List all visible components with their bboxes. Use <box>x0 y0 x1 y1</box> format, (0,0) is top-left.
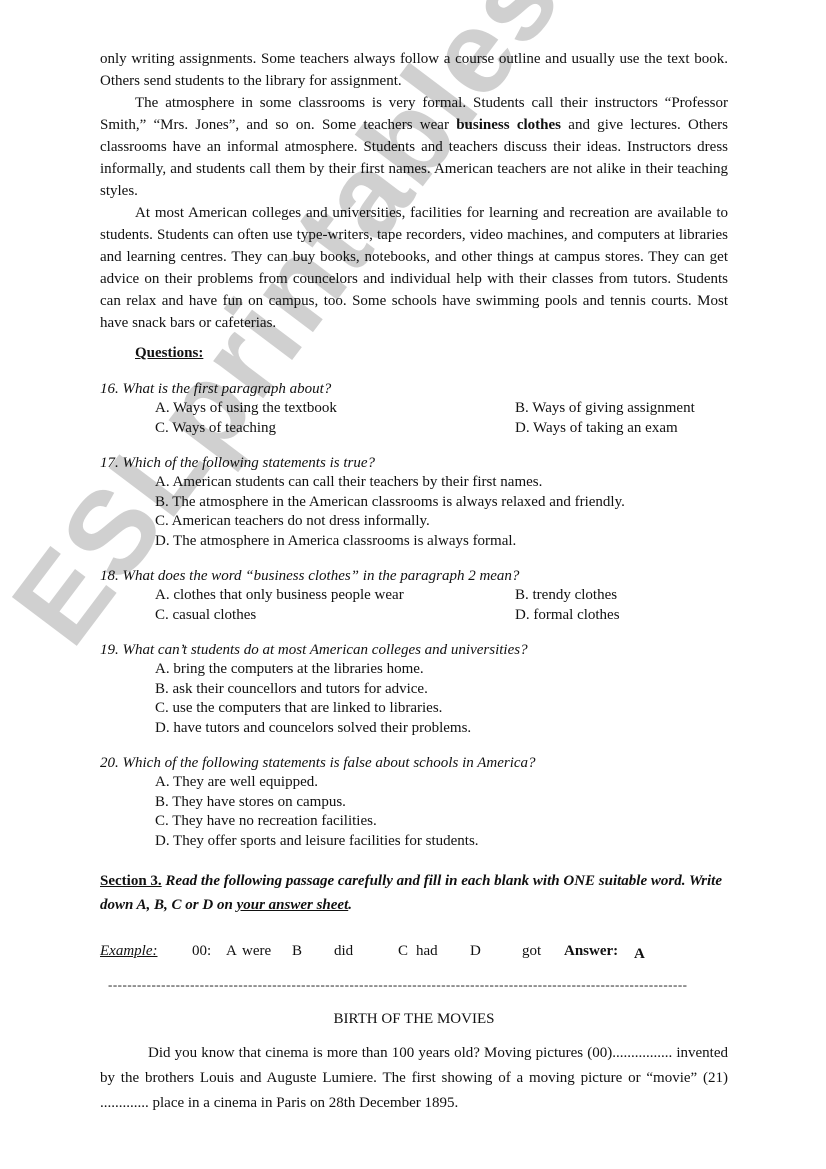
example-number: 00: <box>192 939 226 963</box>
question-stem: 17. Which of the following statements is… <box>100 454 728 473</box>
question-text: What does the word “business clothes” in… <box>123 568 520 584</box>
example-a-word: were <box>242 939 292 963</box>
option-c: C. American teachers do not dress inform… <box>155 512 728 532</box>
passage-paragraph-1: only writing assignments. Some teachers … <box>100 48 728 92</box>
passage-title: BIRTH OF THE MOVIES <box>100 1007 728 1031</box>
options: A. clothes that only business people wea… <box>100 586 728 625</box>
option-a: A. clothes that only business people wea… <box>155 586 515 606</box>
example-b-letter: B <box>292 939 334 963</box>
question-number: 19. <box>100 642 119 658</box>
example-c-letter: C <box>398 939 416 963</box>
options: A. bring the computers at the libraries … <box>100 660 728 738</box>
example-c-word: had <box>416 939 470 963</box>
question-18: 18. What does the word “business clothes… <box>100 567 728 625</box>
question-20: 20. Which of the following statements is… <box>100 754 728 851</box>
question-stem: 18. What does the word “business clothes… <box>100 567 728 586</box>
example-d-letter: D <box>470 939 522 963</box>
question-number: 20. <box>100 755 119 771</box>
question-text: What is the first paragraph about? <box>123 381 332 397</box>
question-number: 16. <box>100 381 119 397</box>
option-a: A. They are well equipped. <box>155 773 728 793</box>
question-stem: 19. What can’t students do at most Ameri… <box>100 641 728 660</box>
section-3-instructions: Section 3. Read the following passage ca… <box>100 869 728 917</box>
options: A. Ways of using the textbook B. Ways of… <box>100 399 728 438</box>
section-instruction: Read the following passage carefully and… <box>100 873 722 913</box>
option-c: C. casual clothes <box>155 606 515 626</box>
option-d: D. formal clothes <box>515 606 728 626</box>
option-c: C. They have no recreation facilities. <box>155 812 728 832</box>
passage-paragraph-2: The atmosphere in some classrooms is ver… <box>100 92 728 202</box>
question-text: What can’t students do at most American … <box>123 642 528 658</box>
question-text: Which of the following statements is fal… <box>123 755 536 771</box>
question-number: 17. <box>100 455 119 471</box>
section-label: Section 3. <box>100 873 162 889</box>
answer-sheet-reference: your answer sheet <box>237 897 349 913</box>
answer-label: Answer: <box>564 939 634 963</box>
example-label: Example: <box>100 939 192 963</box>
passage-paragraph-3: At most American colleges and universiti… <box>100 202 728 334</box>
example-b-word: did <box>334 939 398 963</box>
question-stem: 16. What is the first paragraph about? <box>100 380 728 399</box>
option-b: B. trendy clothes <box>515 586 728 606</box>
question-16: 16. What is the first paragraph about? A… <box>100 380 728 438</box>
option-d: D. The atmosphere in America classrooms … <box>155 532 728 552</box>
example-a-letter: A <box>226 939 242 963</box>
cloze-text: Did you know that cinema is more than 10… <box>100 1045 728 1111</box>
question-number: 18. <box>100 568 119 584</box>
highlighted-term: business clothes <box>456 117 561 133</box>
option-a: A. Ways of using the textbook <box>155 399 515 419</box>
option-b: B. Ways of giving assignment <box>515 399 728 419</box>
questions-heading: Questions: <box>135 342 728 364</box>
question-17: 17. Which of the following statements is… <box>100 454 728 551</box>
option-b: B. They have stores on campus. <box>155 793 728 813</box>
option-c: C. use the computers that are linked to … <box>155 699 728 719</box>
cloze-passage: Did you know that cinema is more than 10… <box>100 1041 728 1116</box>
divider-line: ----------------------------------------… <box>108 977 720 993</box>
option-b: B. The atmosphere in the American classr… <box>155 493 728 513</box>
question-19: 19. What can’t students do at most Ameri… <box>100 641 728 738</box>
question-text: Which of the following statements is tru… <box>123 455 375 471</box>
option-d: D. Ways of taking an exam <box>515 419 728 439</box>
worksheet-page: only writing assignments. Some teachers … <box>100 48 728 1116</box>
option-d: D. have tutors and councelors solved the… <box>155 719 728 739</box>
option-a: A. bring the computers at the libraries … <box>155 660 728 680</box>
options: A. They are well equipped. B. They have … <box>100 773 728 851</box>
answer-value: A <box>634 942 645 966</box>
option-d: D. They offer sports and leisure facilit… <box>155 832 728 852</box>
example-line: Example: 00: A were B did C had D got An… <box>100 939 728 963</box>
example-d-word: got <box>522 939 564 963</box>
option-c: C. Ways of teaching <box>155 419 515 439</box>
option-a: A. American students can call their teac… <box>155 473 728 493</box>
options: A. American students can call their teac… <box>100 473 728 551</box>
option-b: B. ask their councellors and tutors for … <box>155 680 728 700</box>
section-instruction-end: . <box>348 897 352 913</box>
question-stem: 20. Which of the following statements is… <box>100 754 728 773</box>
